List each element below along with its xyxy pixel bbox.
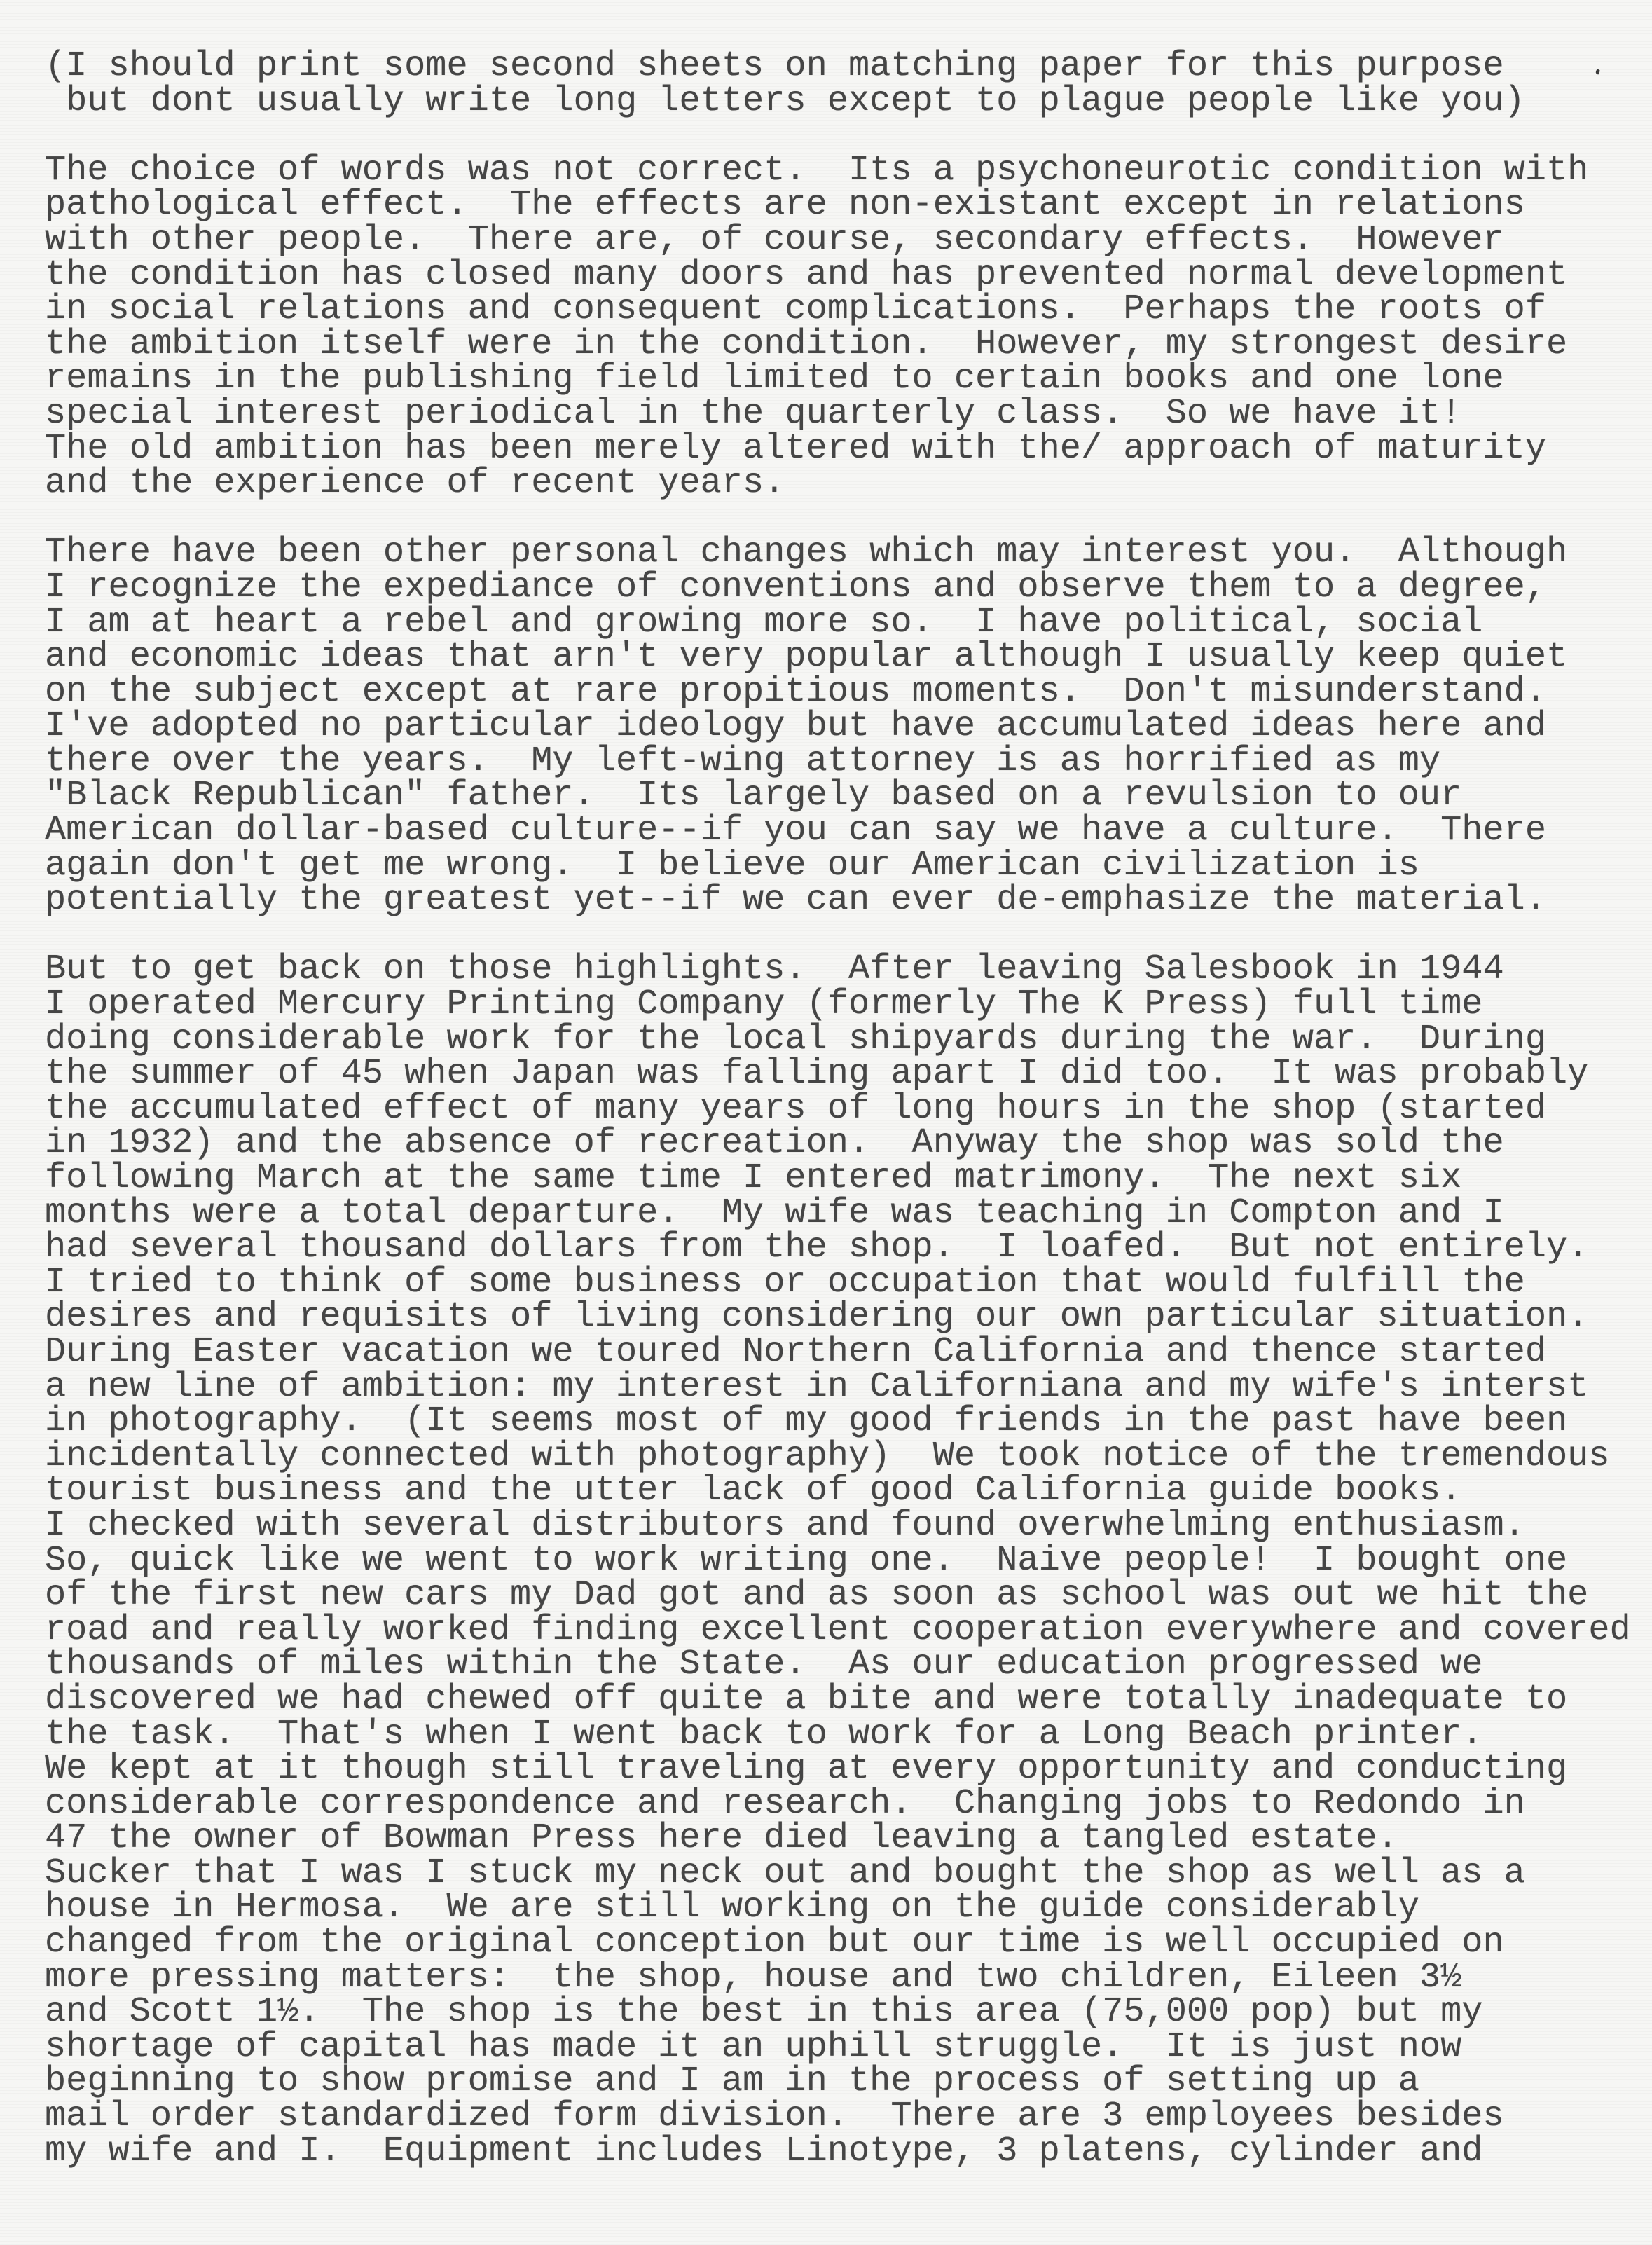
text-line: changed from the original conception but… [45,1925,1628,1961]
text-line: and economic ideas that arn't very popul… [45,640,1628,675]
text-line: the accumulated effect of many years of … [45,1092,1628,1127]
text-line: months were a total departure. My wife w… [45,1196,1628,1231]
text-line: mail order standardized form division. T… [45,2099,1628,2134]
paragraph-postscript-note: (I should print some second sheets on ma… [45,49,1628,118]
text-line: there over the years. My left-wing attor… [45,744,1628,779]
paragraph-highlights: But to get back on those highlights. Aft… [45,952,1628,2169]
text-line: in photography. (It seems most of my goo… [45,1404,1628,1439]
paragraph-gap [45,918,1628,953]
text-line: with other people. There are, of course,… [45,223,1628,258]
text-line: shortage of capital has made it an uphil… [45,2030,1628,2065]
text-line: But to get back on those highlights. Aft… [45,952,1628,987]
text-line: road and really worked finding excellent… [45,1613,1628,1648]
text-line: special interest periodical in the quart… [45,397,1628,432]
text-line: discovered we had chewed off quite a bit… [45,1682,1628,1717]
text-line: I am at heart a rebel and growing more s… [45,605,1628,640]
text-line: doing considerable work for the local sh… [45,1022,1628,1057]
text-line: American dollar-based culture--if you ca… [45,813,1628,849]
text-line: considerable correspondence and research… [45,1787,1628,1822]
text-line: but dont usually write long letters exce… [45,84,1628,119]
text-line: I've adopted no particular ideology but … [45,709,1628,744]
text-line: The choice of words was not correct. Its… [45,153,1628,188]
text-line: of the first new cars my Dad got and as … [45,1578,1628,1613]
text-line: The old ambition has been merely altered… [45,432,1628,467]
text-line: had several thousand dollars from the sh… [45,1230,1628,1265]
paragraph-condition: The choice of words was not correct. Its… [45,153,1628,501]
text-line: beginning to show promise and I am in th… [45,2064,1628,2099]
text-line: I tried to think of some business or occ… [45,1265,1628,1300]
text-line: 47 the owner of Bowman Press here died l… [45,1821,1628,1856]
paragraph-gap [45,501,1628,536]
text-line: Sucker that I was I stuck my neck out an… [45,1856,1628,1891]
text-line: the ambition itself were in the conditio… [45,327,1628,362]
paragraph-gap [45,118,1628,153]
text-line: So, quick like we went to work writing o… [45,1544,1628,1579]
paragraph-personal-changes: There have been other personal changes w… [45,535,1628,918]
text-line: I operated Mercury Printing Company (for… [45,987,1628,1022]
text-line: incidentally connected with photography)… [45,1439,1628,1474]
text-line: "Black Republican" father. Its largely b… [45,778,1628,813]
text-line: There have been other personal changes w… [45,535,1628,570]
text-line: the condition has closed many doors and … [45,258,1628,293]
text-line: remains in the publishing field limited … [45,362,1628,397]
text-line: thousands of miles within the State. As … [45,1647,1628,1682]
letter-page: (I should print some second sheets on ma… [45,49,1628,2169]
text-line: I checked with several distributors and … [45,1509,1628,1544]
text-line: tourist business and the utter lack of g… [45,1474,1628,1509]
text-line: We kept at it though still traveling at … [45,1752,1628,1787]
text-line: desires and requisits of living consider… [45,1300,1628,1335]
text-line: I recognize the expediance of convention… [45,570,1628,605]
text-line: a new line of ambition: my interest in C… [45,1370,1628,1405]
text-line: following March at the same time I enter… [45,1161,1628,1196]
text-line: and the experience of recent years. [45,466,1628,501]
text-line: (I should print some second sheets on ma… [45,49,1628,84]
text-line: on the subject except at rare propitious… [45,675,1628,710]
text-line: more pressing matters: the shop, house a… [45,1961,1628,1996]
text-line: my wife and I. Equipment includes Linoty… [45,2134,1628,2169]
text-line: potentially the greatest yet--if we can … [45,883,1628,918]
text-line: the summer of 45 when Japan was falling … [45,1057,1628,1092]
text-line: pathological effect. The effects are non… [45,188,1628,223]
text-line: in 1932) and the absence of recreation. … [45,1126,1628,1161]
text-line: again don't get me wrong. I believe our … [45,849,1628,884]
text-line: house in Hermosa. We are still working o… [45,1890,1628,1925]
text-line: the task. That's when I went back to wor… [45,1717,1628,1752]
text-line: During Easter vacation we toured Norther… [45,1335,1628,1370]
text-line: and Scott 1½. The shop is the best in th… [45,1995,1628,2030]
text-line: in social relations and consequent compl… [45,292,1628,327]
